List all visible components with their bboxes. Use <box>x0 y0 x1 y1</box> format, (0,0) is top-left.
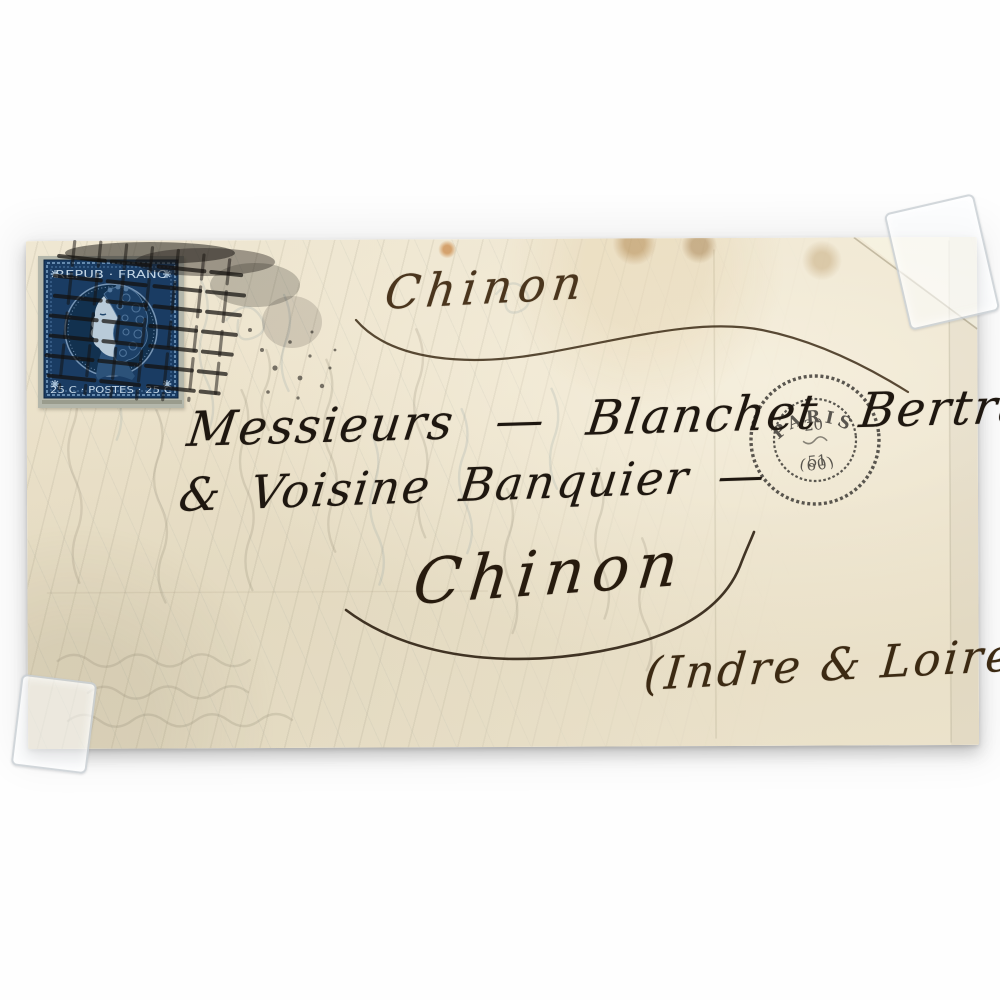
postage-stamp: REPUB · FRANC 25 C · POSTES · 25 C <box>38 256 184 408</box>
stamp-top-label: REPUB · FRANC <box>55 268 167 281</box>
stamp-bottom-edge <box>42 400 182 404</box>
plastic-mount-bottom-left <box>11 674 98 775</box>
photo-background: REPUB · FRANC 25 C · POSTES · 25 C <box>0 0 1000 1000</box>
stamp-bottom-label: 25 C · POSTES · 25 C <box>50 385 172 396</box>
handwriting-destination-top: Chinon <box>382 255 591 320</box>
